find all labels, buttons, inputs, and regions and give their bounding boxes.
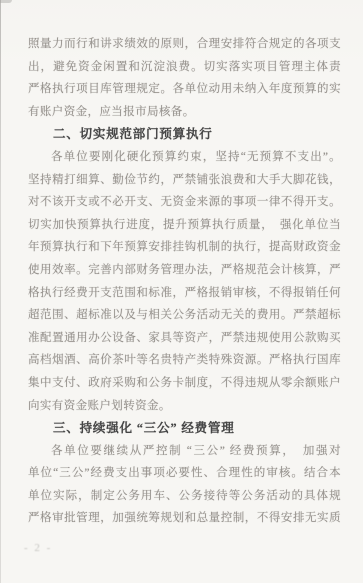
text-line: 对不该开支或不必开支、无资金来源的事项一律不得开支。 — [28, 191, 341, 214]
section-heading: 二、切实规范部门预算执行 — [28, 123, 341, 146]
text-line: 超范围、超标准以及与相关公务活动无关的费用。严禁超标 — [28, 304, 341, 327]
corner-smudge-artifact — [0, 0, 12, 3]
scanned-page: 照量力而行和讲求绩效的原则，合理安排符合规定的各项支出，避免资金闲置和沉淀浪费。… — [0, 0, 363, 583]
text-line: 使用效率。完善内部财务管理办法，严格规范会计核算，严 — [28, 259, 341, 282]
text-line: 严格审批管理，加强统筹规划和总量控制，不得安排无实质 — [28, 507, 341, 530]
text-line: 集中支付、政府采购和公务卡制度，不得违规从零余额账户 — [28, 372, 341, 395]
document-body: 照量力而行和讲求绩效的原则，合理安排符合规定的各项支出，避免资金闲置和沉淀浪费。… — [28, 33, 341, 530]
text-line: 单位“三公”经费支出事项必要性、合理性的审核。结合本 — [28, 462, 341, 485]
text-line: 向实有资金账户划转资金。 — [28, 395, 341, 418]
section-heading: 三、持续强化 “三公” 经费管理 — [28, 417, 341, 440]
text-line: 准配置通用办公设备、家具等资产，严禁违规使用公款购买 — [28, 327, 341, 350]
text-line: 格执行经费开支范围和标准，严格报销审核，不得报销任何 — [28, 282, 341, 305]
text-line: 严格执行项目库管理规定。各单位动用未纳入年度预算的实 — [28, 78, 341, 101]
text-line: 有账户资金，应当报市局核备。 — [28, 101, 341, 124]
scan-edge-artifact — [0, 0, 1, 583]
text-line: 年预算执行和下年预算安排挂钩机制的执行，提高财政资金 — [28, 236, 341, 259]
text-line: 各单位要刚化硬化预算约束，坚持“无预算不支出”。 — [28, 146, 341, 169]
text-line: 高档烟酒、高价茶叶等名贵特产类特殊资源。严格执行国库 — [28, 349, 341, 372]
text-line: 各单位要继续从严控制 “三公” 经费预算， 加强对 — [28, 440, 341, 463]
text-line: 坚持精打细算、勤俭节约，严禁铺张浪费和大手大脚花钱， — [28, 169, 341, 192]
text-line: 出，避免资金闲置和沉淀浪费。切实落实项目管理主体责任， — [28, 56, 341, 79]
page-number: - 2 - — [24, 540, 52, 556]
text-line: 单位实际，制定公务用车、公务接待等公务活动的具体规定， — [28, 485, 341, 508]
text-line: 照量力而行和讲求绩效的原则，合理安排符合规定的各项支 — [28, 33, 341, 56]
text-line: 切实加快预算执行进度，提升预算执行质量， 强化单位当 — [28, 214, 341, 237]
